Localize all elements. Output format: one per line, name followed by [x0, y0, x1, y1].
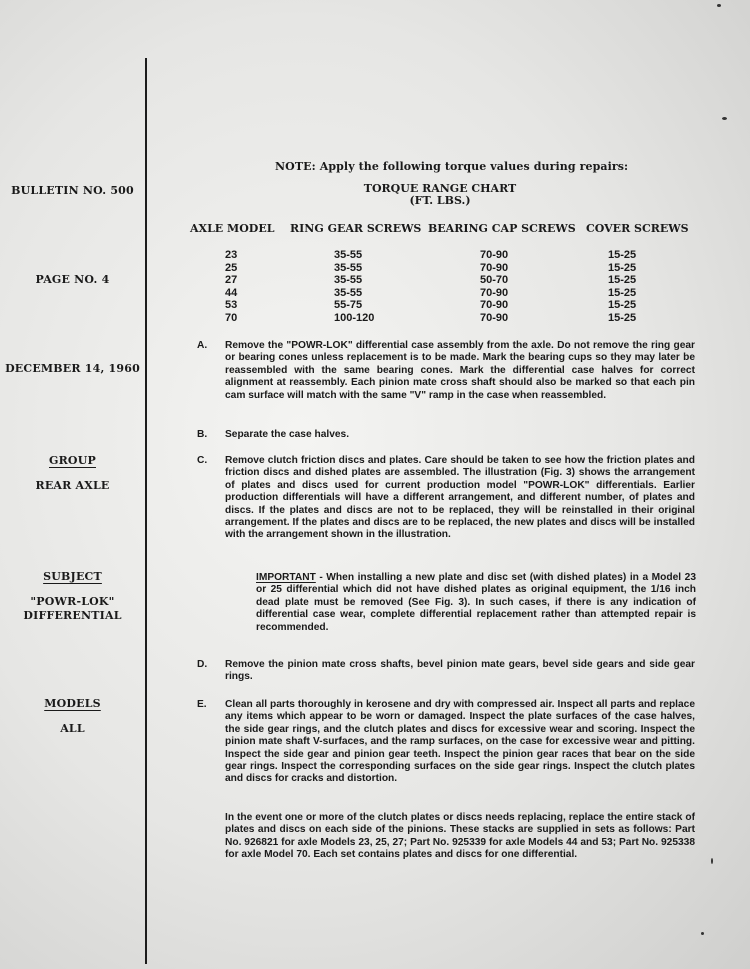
torque-chart-title: TORQUE RANGE CHART (FT. LBS.) [190, 183, 690, 207]
replacement-note: In the event one or more of the clutch p… [225, 812, 695, 862]
ring-gear-cell: 35-55 [290, 287, 428, 300]
step-d-letter: D. [197, 659, 207, 671]
step-c: C. Remove clutch friction discs and plat… [190, 455, 695, 542]
col-axle-model: AXLE MODEL [190, 222, 290, 249]
bearing-cap-cell: 50-70 [428, 274, 586, 287]
torque-table: AXLE MODEL RING GEAR SCREWS BEARING CAP … [190, 222, 689, 324]
step-d: D. Remove the pinion mate cross shafts, … [190, 659, 695, 684]
axle-model-cell: 23 [190, 249, 290, 262]
models-section: MODELS ALL [0, 697, 145, 736]
scan-speck [722, 117, 727, 120]
chart-units: (FT. LBS.) [190, 195, 690, 207]
torque-table-row: 5355-7570-9015-25 [190, 299, 689, 312]
torque-table-row: 2735-5550-7015-25 [190, 274, 689, 287]
cover-cell: 15-25 [586, 262, 689, 275]
ring-gear-cell: 35-55 [290, 249, 428, 262]
bearing-cap-cell: 70-90 [428, 287, 586, 300]
subject-section: SUBJECT "POWR-LOK" DIFFERENTIAL [0, 570, 145, 623]
subject-value-line1: "POWR-LOK" [0, 595, 145, 609]
step-a-letter: A. [197, 340, 207, 352]
group-section: GROUP REAR AXLE [0, 454, 145, 493]
axle-model-cell: 27 [190, 274, 290, 287]
col-ring-gear: RING GEAR SCREWS [290, 222, 428, 249]
step-a-text: Remove the "POWR-LOK" differential case … [225, 340, 695, 402]
important-label: IMPORTANT [256, 572, 316, 583]
axle-model-cell: 44 [190, 287, 290, 300]
torque-note: NOTE: Apply the following torque values … [275, 160, 695, 173]
step-c-text: Remove clutch friction discs and plates.… [225, 455, 695, 542]
cover-cell: 15-25 [586, 249, 689, 262]
bearing-cap-cell: 70-90 [428, 299, 586, 312]
ring-gear-cell: 100-120 [290, 312, 428, 325]
step-b: B. Separate the case halves. [190, 429, 695, 441]
models-value: ALL [60, 722, 85, 735]
torque-table-row: 4435-5570-9015-25 [190, 287, 689, 300]
cover-cell: 15-25 [586, 274, 689, 287]
axle-model-cell: 53 [190, 299, 290, 312]
scan-speck [711, 858, 713, 864]
step-e: E. Clean all parts thoroughly in kerosen… [190, 699, 695, 786]
cover-cell: 15-25 [586, 287, 689, 300]
step-b-letter: B. [197, 429, 207, 441]
step-d-text: Remove the pinion mate cross shafts, bev… [225, 659, 695, 684]
sidebar-divider [145, 58, 147, 964]
axle-model-cell: 70 [190, 312, 290, 325]
torque-table-header: AXLE MODEL RING GEAR SCREWS BEARING CAP … [190, 222, 689, 249]
step-e-letter: E. [197, 699, 207, 711]
bearing-cap-cell: 70-90 [428, 312, 586, 325]
cover-cell: 15-25 [586, 312, 689, 325]
ring-gear-cell: 35-55 [290, 274, 428, 287]
scan-speck [701, 932, 704, 935]
ring-gear-cell: 55-75 [290, 299, 428, 312]
models-heading: MODELS [0, 697, 145, 711]
step-c-letter: C. [197, 455, 207, 467]
ring-gear-cell: 35-55 [290, 262, 428, 275]
step-b-text: Separate the case halves. [225, 429, 695, 441]
torque-table-row: 70100-12070-9015-25 [190, 312, 689, 325]
bulletin-date: DECEMBER 14, 1960 [0, 362, 145, 376]
torque-table-row: 2535-5570-9015-25 [190, 262, 689, 275]
bulletin-number: BULLETIN NO. 500 [0, 184, 145, 198]
step-e-text: Clean all parts thoroughly in kerosene a… [225, 699, 695, 786]
important-note: IMPORTANT - When installing a new plate … [256, 572, 696, 634]
cover-cell: 15-25 [586, 299, 689, 312]
col-bearing-cap: BEARING CAP SCREWS [428, 222, 586, 249]
subject-value-line2: DIFFERENTIAL [0, 609, 145, 623]
group-heading: GROUP [0, 454, 145, 468]
step-a: A. Remove the "POWR-LOK" differential ca… [190, 340, 695, 402]
bearing-cap-cell: 70-90 [428, 262, 586, 275]
axle-model-cell: 25 [190, 262, 290, 275]
subject-heading: SUBJECT [0, 570, 145, 584]
bearing-cap-cell: 70-90 [428, 249, 586, 262]
col-cover: COVER SCREWS [586, 222, 689, 249]
torque-table-row: 2335-5570-9015-25 [190, 249, 689, 262]
group-value: REAR AXLE [35, 479, 109, 492]
scan-speck [717, 4, 721, 7]
page-number: PAGE NO. 4 [0, 273, 145, 287]
important-text: - When installing a new plate and disc s… [256, 572, 696, 633]
